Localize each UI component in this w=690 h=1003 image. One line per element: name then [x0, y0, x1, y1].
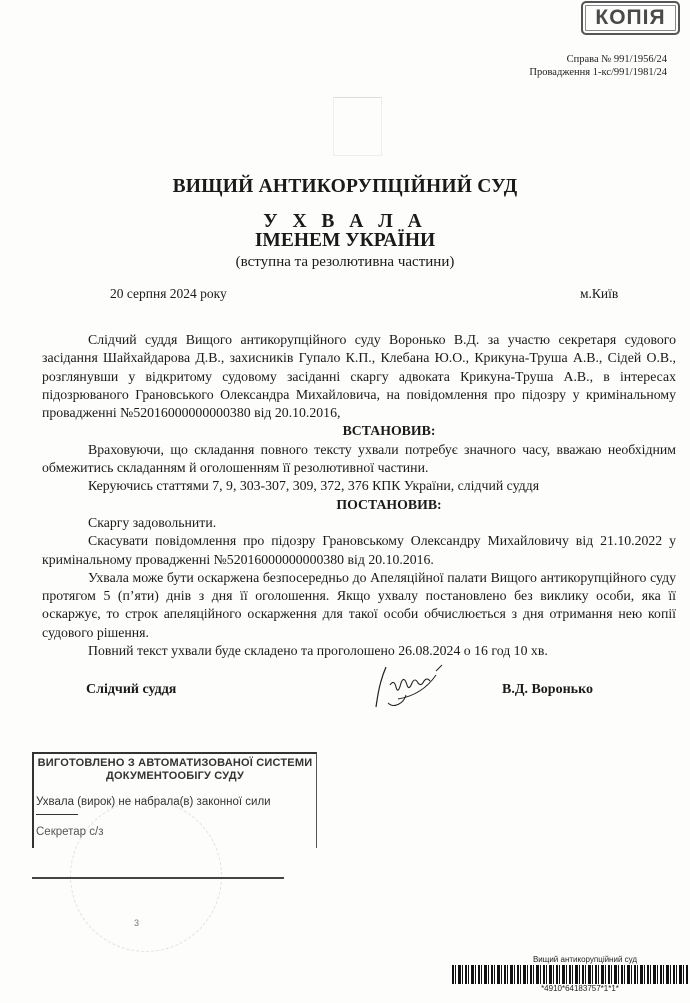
proceeding-number: Провадження 1-кс/991/1981/24 [529, 66, 667, 79]
established-heading: ВСТАНОВИВ: [42, 422, 676, 440]
barcode-icon [452, 965, 688, 984]
document-city: м.Київ [580, 286, 618, 302]
barcode-title: Вищий антикорупційний суд [452, 955, 688, 964]
stamp-secretary-line: Секретар с/з [36, 826, 103, 838]
stamp-mark: 3 [134, 918, 139, 928]
stamp-underline [36, 814, 78, 815]
stamp-status-line: Ухвала (вирок) не набрала(в) законної си… [36, 796, 271, 808]
established-paragraph: Враховуючи, що складання повного тексту … [42, 441, 676, 478]
stamp-header-line2: ДОКУМЕНТООБІГУ СУДУ [34, 770, 316, 783]
intro-paragraph: Слідчий суддя Вищого антикорупційного су… [42, 331, 676, 422]
stamp-bottom-line [32, 877, 284, 879]
barcode-block: Вищий антикорупційний суд *4910*64183757… [452, 955, 688, 993]
system-stamp: ВИГОТОВЛЕНО З АВТОМАТИЗОВАНОЇ СИСТЕМИ ДО… [32, 752, 317, 848]
court-name: ВИЩИЙ АНТИКОРУПЦІЙНИЙ СУД [0, 176, 690, 198]
ruled-heading: ПОСТАНОВИВ: [42, 496, 676, 514]
barcode-number: *4910*64183757*1*1* [452, 984, 688, 993]
document-parts: (вступна та резолютивна частини) [0, 254, 690, 271]
ruled-paragraph: Ухвала може бути оскаржена безпосередньо… [42, 569, 676, 642]
ruled-paragraph: Скасувати повідомлення про підозру Грано… [42, 532, 676, 569]
in-name-of-ukraine: ІМЕНЕМ УКРАЇНИ [0, 230, 690, 252]
document-date: 20 серпня 2024 року [110, 286, 227, 302]
case-number: Справа № 991/1956/24 [529, 53, 667, 66]
copy-stamp: КОПІЯ [581, 1, 680, 35]
established-paragraph: Керуючись статтями 7, 9, 303-307, 309, 3… [42, 477, 676, 495]
signature-label: Слідчий суддя [86, 682, 176, 698]
document-body: Слідчий суддя Вищого антикорупційного су… [42, 331, 676, 660]
ruled-paragraph: Скаргу задовольнити. [42, 514, 676, 532]
case-reference: Справа № 991/1956/24 Провадження 1-кс/99… [529, 53, 667, 79]
emblem-icon [333, 97, 382, 156]
ruled-paragraph: Повний текст ухвали буде складено та про… [42, 642, 676, 660]
stamp-header-line1: ВИГОТОВЛЕНО З АВТОМАТИЗОВАНОЇ СИСТЕМИ [34, 757, 316, 770]
signature-icon [370, 663, 470, 711]
judge-name: В.Д. Воронько [502, 682, 593, 698]
